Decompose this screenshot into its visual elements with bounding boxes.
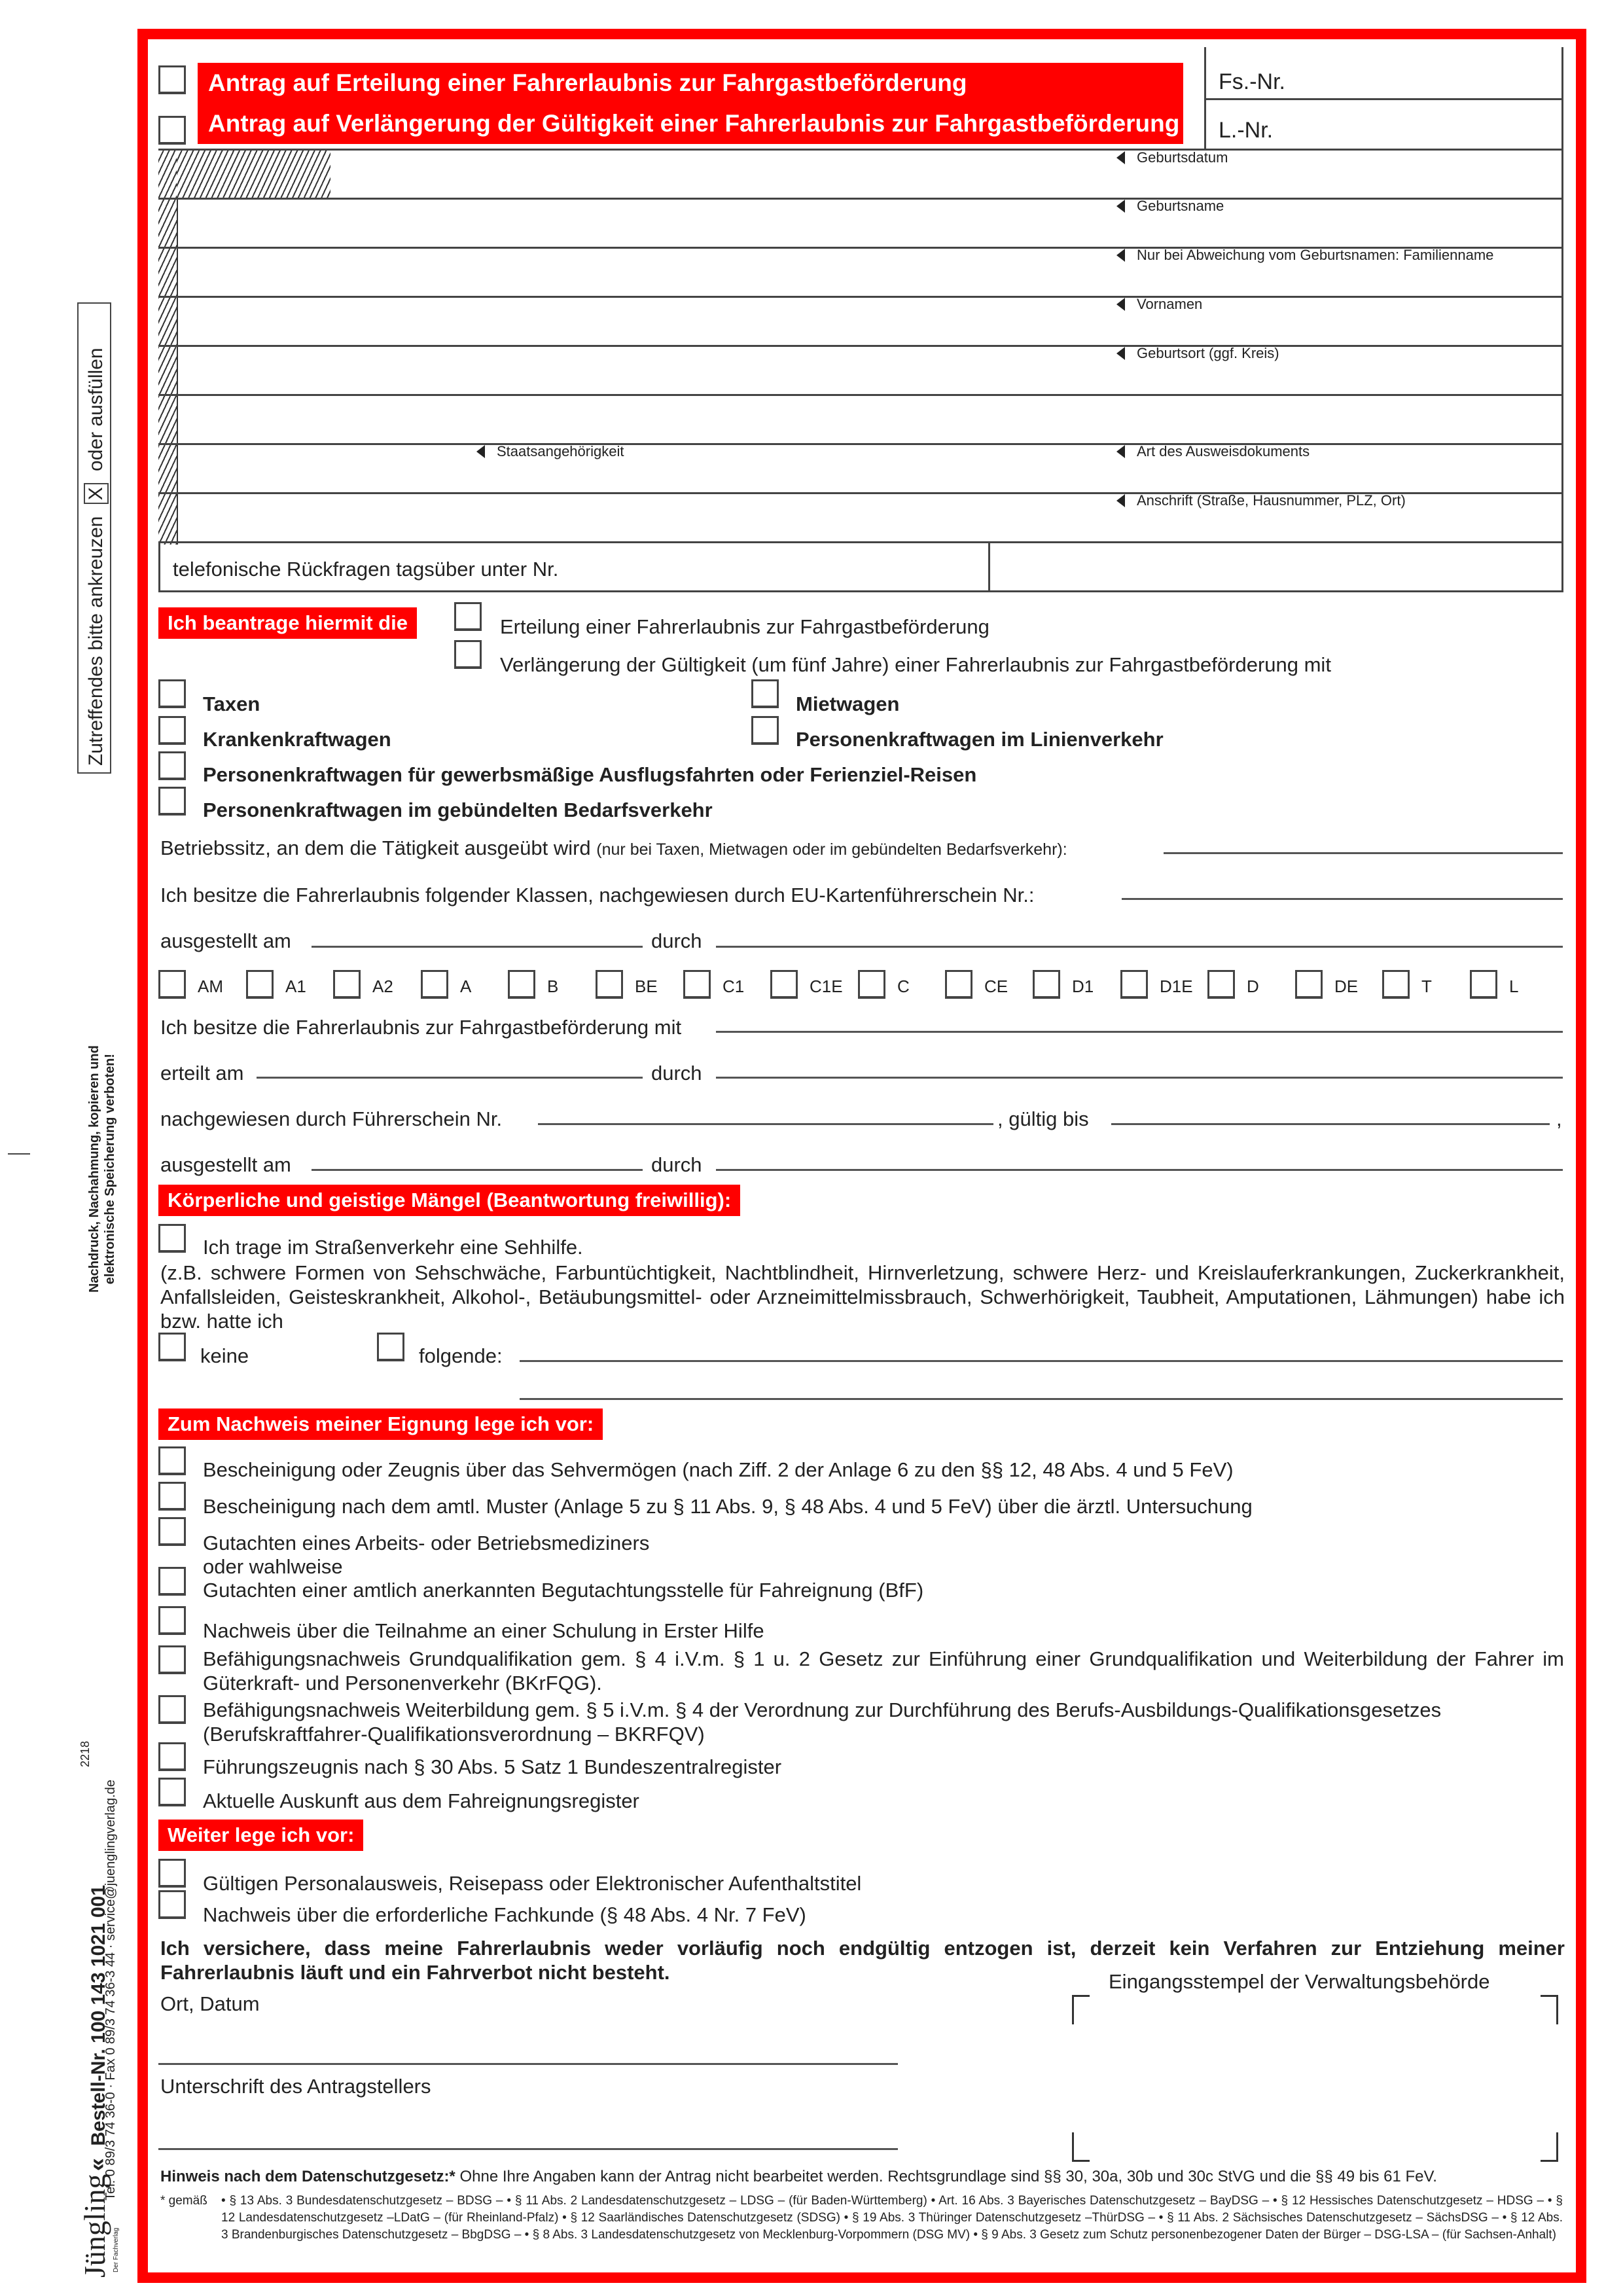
impairments-heading: Körperliche und geistige Mängel (Beantwo… [158,1185,740,1216]
checkbox-application-extend[interactable] [158,116,186,145]
checkbox-evidence-bff[interactable] [158,1567,186,1596]
privacy-notice: Hinweis nach dem Datenschutzgesetz:* Ohn… [160,2168,1437,2186]
pointer-left-icon [1116,298,1125,311]
checkbox-class-c1[interactable] [683,970,711,999]
checkbox-evidence-certificate[interactable] [158,1742,186,1771]
pointer-left-icon [1116,151,1125,164]
evidence-certificate-label: Führungszeugnis nach § 30 Abs. 5 Satz 1 … [203,1755,781,1779]
row-line [158,345,1563,347]
eu-license-number-input[interactable] [1122,898,1563,900]
granted-on-input[interactable] [257,1077,643,1079]
pointer-left-icon [1116,494,1125,507]
issued-on-input-1[interactable] [312,946,643,948]
input-nationality[interactable] [178,461,1094,492]
fs-nr-line [1204,98,1563,100]
checkbox-evidence-medical[interactable] [158,1482,186,1511]
phone-input[interactable] [992,545,1559,589]
vehicle-bedarfsverkehr-label: Personenkraftwagen im gebündelten Bedarf… [203,798,713,822]
publisher-info: Jüngling « Bestell-Nr. 100 143 1021 001 … [77,1741,112,2278]
checkbox-class-b[interactable] [508,970,535,999]
checkbox-class-d1e[interactable] [1120,970,1148,999]
checkbox-evidence-register[interactable] [158,1778,186,1806]
pointer-left-icon [1116,249,1125,262]
vehicle-krankenkraftwagen-label: Krankenkraftwagen [203,728,391,751]
checkbox-none[interactable] [158,1333,186,1361]
none-label: keine [200,1344,249,1368]
checkbox-evidence-first-aid[interactable] [158,1606,186,1635]
table-left-edge [158,542,160,592]
checkbox-class-am[interactable] [158,970,186,999]
checkbox-bedarfsverkehr[interactable] [158,787,186,816]
class-label: C1E [810,977,843,997]
further-heading: Weiter lege ich vor: [158,1820,363,1851]
instruction-text: Zutreffendes bitte ankreuzen X oder ausf… [84,348,109,766]
field-label-birthdate: Geburtsdatum [1116,149,1228,166]
field-label-id-document: Art des Ausweisdokuments [1116,443,1310,460]
field-label-birthplace: Geburtsort (ggf. Kreis) [1116,345,1279,362]
valid-until-input[interactable] [1111,1123,1550,1125]
checkbox-class-d1[interactable] [1033,970,1060,999]
class-label: T [1421,977,1432,997]
checkbox-following[interactable] [377,1333,404,1361]
expertise-label: Nachweis über die erforderliche Fachkund… [203,1903,806,1927]
by-label-3: durch [651,1153,702,1177]
form-right-edge [1561,47,1563,590]
class-label: BE [635,977,658,997]
betriebssitz-input[interactable] [1164,852,1563,854]
checkbox-class-c[interactable] [858,970,885,999]
privacy-footnote-marker: * gemäß [160,2194,207,2208]
input-birthdate[interactable] [330,166,1561,196]
glasses-label: Ich trage im Straßenverkehr eine Sehhilf… [203,1236,583,1259]
option-issue-label: Erteilung einer Fahrerlaubnis zur Fahrga… [500,615,990,639]
checkbox-class-a2[interactable] [333,970,361,999]
checkbox-application-issue[interactable] [158,65,186,94]
class-label: L [1509,977,1518,997]
issued-on-input-2[interactable] [312,1169,643,1171]
x-mark-icon: X [84,483,109,504]
checkbox-glasses[interactable] [158,1224,186,1253]
evidence-bkrfqv-label: Befähigungsnachweis Weiterbildung gem. §… [203,1698,1564,1746]
input-family-name[interactable] [178,265,1559,295]
following-input-1[interactable] [520,1360,1563,1362]
by-label-2: durch [651,1062,702,1085]
header-title-2: Antrag auf Verlängerung der Gültigkeit e… [208,110,1179,137]
checkbox-class-de[interactable] [1295,970,1323,999]
class-label: D [1247,977,1259,997]
issued-on-label-2: ausgestellt am [160,1153,291,1177]
impairments-description: (z.B. schwere Formen von Sehschwäche, Fa… [160,1261,1565,1333]
evidence-occupational-label: Gutachten eines Arbeits- oder Betriebsme… [203,1532,649,1555]
vehicle-taxen-label: Taxen [203,692,260,716]
checkbox-krankenkraftwagen[interactable] [158,716,186,745]
vehicle-mietwagen-label: Mietwagen [796,692,899,716]
license-classes-label: Ich besitze die Fahrerlaubnis folgender … [160,884,1034,907]
pointer-left-icon [1116,347,1125,360]
row-line [158,198,1563,200]
class-label: D1E [1160,977,1193,997]
class-label: DE [1334,977,1358,997]
checkbox-class-a[interactable] [421,970,448,999]
form-code: 2218 [79,1741,92,1767]
following-input-2[interactable] [520,1398,1563,1400]
hatch-block [177,151,330,198]
table-top [158,149,1563,151]
betriebssitz-label: Betriebssitz, an dem die Tätigkeit ausge… [160,836,1067,860]
issued-on-label-1: ausgestellt am [160,929,291,953]
publisher-contact: Tel. 0 89/3 74 36-0 · Fax 0 89/3 74 36-3… [103,1780,118,2200]
granted-on-label: erteilt am [160,1062,243,1085]
input-first-names[interactable] [178,314,1559,344]
evidence-bff-label: Gutachten einer amtlich anerkannten Begu… [203,1579,923,1602]
id-document-label: Gültigen Personalausweis, Reisepass oder… [203,1872,861,1895]
checkbox-evidence-vision[interactable] [158,1446,186,1475]
pointer-left-icon [1116,445,1125,458]
privacy-footnote: • § 13 Abs. 3 Bundesdatenschutzgesetz – … [221,2193,1563,2244]
evidence-medical-label: Bescheinigung nach dem amtl. Muster (Anl… [203,1495,1253,1518]
field-label-address: Anschrift (Straße, Hausnummer, PLZ, Ort) [1116,492,1406,509]
following-label: folgende: [419,1344,503,1368]
class-label: A [460,977,471,997]
evidence-register-label: Aktuelle Auskunft aus dem Fahreignungsre… [203,1789,639,1813]
fgb-input[interactable] [716,1031,1563,1033]
issued-by-input-1[interactable] [716,946,1563,948]
class-label: CE [984,977,1008,997]
publisher-sub: Der Fachverlag [113,2228,120,2272]
class-label: A2 [372,977,393,997]
hatch-strip [158,151,178,545]
pointer-left-icon [476,445,485,458]
application-heading: Ich beantrage hiermit die [158,607,417,639]
table-bottom [158,590,1563,592]
evidence-heading: Zum Nachweis meiner Eignung lege ich vor… [158,1408,603,1440]
input-extra-line[interactable] [178,396,1559,442]
checkbox-evidence-bkrfqg[interactable] [158,1645,186,1674]
checkbox-class-l[interactable] [1470,970,1497,999]
phone-label: telefonische Rückfragen tagsüber unter N… [173,558,558,581]
copyright-notice: Nachdruck, Nachahmung, kopieren und elek… [86,1045,118,1293]
evidence-vision-label: Bescheinigung oder Zeugnis über das Sehv… [203,1458,1234,1482]
license-number-input[interactable] [538,1123,993,1125]
input-birthplace[interactable] [178,363,1559,393]
granted-by-input[interactable] [716,1077,1563,1079]
checkbox-mietwagen[interactable] [751,679,779,708]
signature-label: Unterschrift des Antragstellers [160,2075,431,2098]
field-label-birthname: Geburtsname [1116,198,1224,215]
place-date-label: Ort, Datum [160,1992,260,2016]
field-label-nationality: Staatsangehörigkeit [476,443,624,460]
evidence-first-aid-label: Nachweis über die Teilnahme an einer Sch… [203,1619,764,1643]
checkbox-class-d[interactable] [1207,970,1235,999]
row-line [158,443,1563,445]
fs-nr-label: Fs.-Nr. [1219,69,1285,95]
checkbox-ausflugsfahrten[interactable] [158,751,186,780]
stamp-area [1073,1996,1558,2160]
trailing-comma: , [1556,1107,1562,1131]
class-label: A1 [285,977,306,997]
stamp-label: Eingangsstempel der Verwaltungsbehörde [1109,1970,1490,1994]
l-nr-label: L.-Nr. [1219,118,1273,143]
header-title-1: Antrag auf Erteilung einer Fahrerlaubnis… [208,69,967,97]
class-label: D1 [1072,977,1094,997]
proven-by-label: nachgewiesen durch Führerschein Nr. [160,1107,502,1131]
checkbox-class-c1e[interactable] [770,970,798,999]
valid-until-label: , gültig bis [997,1107,1089,1131]
checkbox-evidence-bkrfqv[interactable] [158,1695,186,1724]
vehicle-linienverkehr-label: Personenkraftwagen im Linienverkehr [796,728,1164,751]
class-label: AM [198,977,223,997]
checkbox-id-document[interactable] [158,1859,186,1888]
vehicle-ausflugsfahrten-label: Personenkraftwagen für gewerbsmäßige Aus… [203,763,976,787]
checkbox-class-t[interactable] [1382,970,1410,999]
checkbox-extend[interactable] [454,640,482,669]
margin-tick [8,1153,30,1155]
fgb-label: Ich besitze die Fahrerlaubnis zur Fahrga… [160,1016,681,1039]
signature-input[interactable] [158,2148,898,2150]
checkbox-class-be[interactable] [596,970,623,999]
input-address[interactable] [178,511,1559,541]
checkbox-taxen[interactable] [158,679,186,708]
checkbox-class-ce[interactable] [945,970,972,999]
checkbox-evidence-occupational[interactable] [158,1517,186,1546]
input-birthname[interactable] [178,216,1559,246]
place-date-input[interactable] [158,2063,898,2065]
row-line [158,296,1563,298]
by-label-1: durch [651,929,702,953]
class-label: B [547,977,558,997]
checkbox-class-a1[interactable] [246,970,274,999]
issued-by-input-2[interactable] [716,1169,1563,1171]
class-label: C1 [722,977,744,997]
checkbox-issue[interactable] [454,602,482,631]
evidence-bkrfqg-label: Befähigungsnachweis Grundqualifikation g… [203,1647,1564,1695]
option-extend-label: Verlängerung der Gültigkeit (um fünf Jah… [500,653,1331,677]
phone-divider [988,542,990,592]
or-alternatively-label: oder wahlweise [203,1555,343,1579]
field-label-first-names: Vornamen [1116,296,1202,313]
field-label-family-name: Nur bei Abweichung vom Geburtsnamen: Fam… [1116,247,1493,264]
class-label: C [897,977,910,997]
row-line [158,541,1563,543]
checkbox-linienverkehr[interactable] [751,716,779,745]
checkbox-expertise[interactable] [158,1890,186,1919]
pointer-left-icon [1116,200,1125,213]
